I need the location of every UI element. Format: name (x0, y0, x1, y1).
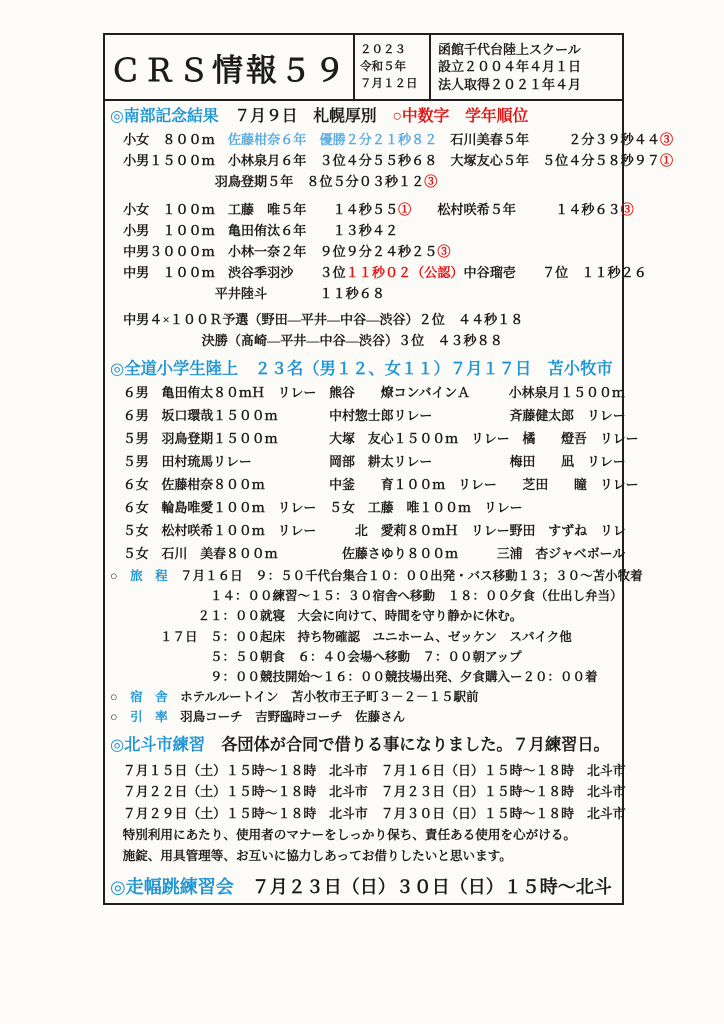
organization-cell: 函館千代台陸上スクール 設立２００４年４月１日 法人取得２０２１年４月 (431, 35, 622, 99)
text-segment: ○中数字 学年順位 (392, 108, 528, 125)
text-segment: 小男 １００ｍ 亀田侑汰６年 １３秒４２ (110, 223, 398, 238)
text-segment: ９：００競技開始～１６：００競技場出発、夕食購入ー２０：００着 (110, 670, 598, 684)
text-segment: 各団体が合同で借りる事になりました。７月練習日。 (205, 736, 610, 754)
text-line: ６女 佐藤柑奈８００ｍ 中釜 育１００ｍ リレー 芝田 瞳 リレー (110, 474, 619, 497)
text-line: ７月１５日（土）１５時～１８時 北斗市 ７月１６日（日）１５時～１８時 北斗市 (110, 761, 619, 783)
text-segment: ７月２２日（土）１５時～１８時 北斗市 ７月２３日（日）１５時～１８時 北斗市 (110, 785, 626, 799)
text-line: ５女 石川 美春８００ｍ 佐藤さゆり８００ｍ 三浦 杏ジャベボール (110, 543, 619, 566)
text-segment: ◎北斗市練習 (110, 736, 205, 754)
text-line: 中男 １００ｍ 渋谷季羽沙 ３位１１秒０２（公認）中谷瑠壱 ７位 １１秒２６ (110, 262, 619, 283)
text-line: 小女 １００ｍ 工藤 唯５年 １４秒５５① 松村咲希５年 １４秒６３③ (110, 199, 619, 220)
text-segment: ① (660, 153, 673, 168)
text-line: 中男４×１００Ｒ予選（野田―平井―中谷―渋谷）２位 ４４秒１８ (110, 309, 619, 330)
issue-day: ７月１２日 (360, 76, 429, 93)
text-segment: 小女 ８００ｍ (110, 132, 228, 147)
text-segment: ③ (660, 132, 673, 147)
text-segment: ７月１５日（土）１５時～１８時 北斗市 ７月１６日（日）１５時～１８時 北斗市 (110, 764, 626, 778)
text-segment: ２１：００就寝 大会に向けて、時間を守り静かに休む。 (110, 609, 522, 623)
section-itinerary: ○ 旅 程 ７月１６日 ９：５０千代台集合１０：００出発・バス移動１３；３０～苫… (110, 566, 619, 728)
text-segment: 羽鳥登期５年 ８位５分０３秒１２ (110, 174, 424, 189)
text-line: 小女 ８００ｍ 佐藤柑奈６年 優勝２分２１秒８２ 石川美春５年 ２分３９秒４４③ (110, 129, 619, 150)
text-segment: 決勝（髙崎―平井―中谷―渋谷）３位 ４３秒８８ (110, 333, 503, 348)
text-segment: ７月２３日（日）３０日（日）１５時～北斗 (234, 877, 612, 897)
text-line: １４：００練習～１５：３０宿舎へ移動 １８：００夕食（仕出し弁当） (110, 586, 619, 606)
org-founded: 設立２００４年４月１日 (438, 58, 622, 76)
text-line: 中男３０００ｍ 小林一奈２年 ９位９分２４秒２５③ (110, 241, 619, 262)
text-segment: ③ (437, 244, 450, 259)
section-nanbu-results: ◎南部記念結果 ７月９日 札幌厚別 ○中数字 学年順位 小女 ８００ｍ 佐藤柑奈… (110, 105, 619, 351)
text-segment: ５男 田村琉馬リレー 岡部 耕太リレー 梅田 凪 リレー (110, 455, 626, 469)
text-line: ○ 旅 程 ７月１６日 ９：５０千代台集合１０：００出発・バス移動１３；３０～苫… (110, 566, 619, 586)
text-segment: ○ (110, 569, 130, 583)
issue-year: ２０２３ (360, 42, 429, 59)
text-segment: 平井陸斗 １１秒６８ (110, 286, 385, 301)
text-segment: 特別利用にあたり、使用者のマナーをしっかり保ち、責任ある使用を心がける。 (110, 828, 576, 842)
text-line: 平井陸斗 １１秒６８ (110, 283, 619, 304)
text-line: ◎走幅跳練習会 ７月２３日（日）３０日（日）１５時～北斗 (110, 874, 619, 901)
text-line: ６女 輪島唯愛１００ｍ リレー ５女 工藤 唯１００ｍ リレー (110, 497, 619, 520)
text-segment: ◎南部記念結果 (110, 108, 219, 125)
text-line: 決勝（髙崎―平井―中谷―渋谷）３位 ４３秒８８ (110, 330, 619, 351)
text-segment: 中男３０００ｍ 小林一奈２年 ９位９分２４秒２５ (110, 244, 437, 259)
text-segment: ７月２９日（土）１５時～１８時 北斗市 ７月３０日（日）１５時～１８時 北斗市 (110, 807, 626, 821)
text-line: ６男 坂口環哉１５００ｍ 中村惣士郎リレー 斉藤健太郎 リレー (110, 405, 619, 428)
text-line: ○ 引 率 羽鳥コーチ 吉野臨時コーチ 佐藤さん (110, 707, 619, 727)
text-line: ５：５０朝食 ６：４０会場へ移動 ７：００朝アップ (110, 647, 619, 667)
text-segment: １７日 ５：００起床 持ち物確認 ユニホーム、ゼッケン スパイク他 (110, 630, 572, 644)
text-segment: ６女 輪島唯愛１００ｍ リレー ５女 工藤 唯１００ｍ リレー (110, 501, 523, 515)
text-line: 特別利用にあたり、使用者のマナーをしっかり保ち、責任ある使用を心がける。 (110, 825, 619, 846)
text-line: ７月２２日（土）１５時～１８時 北斗市 ７月２３日（日）１５時～１８時 北斗市 (110, 782, 619, 804)
text-segment: ③ (621, 202, 634, 217)
org-incorporated: 法人取得２０２１年４月 (438, 76, 622, 94)
text-segment: ③ (424, 174, 437, 189)
text-segment: ７月９日 札幌厚別 (219, 108, 393, 125)
text-line: ２１：００就寝 大会に向けて、時間を守り静かに休む。 (110, 606, 619, 626)
text-segment: 引 率 (130, 710, 168, 724)
text-segment: ◎走幅跳練習会 (110, 877, 234, 897)
text-line: ５男 田村琉馬リレー 岡部 耕太リレー 梅田 凪 リレー (110, 451, 619, 474)
text-line: ９：００競技開始～１６：００競技場出発、夕食購入ー２０：００着 (110, 667, 619, 687)
section-hokuto-practice: ◎北斗市練習 各団体が合同で借りる事になりました。７月練習日。 ７月１５日（土）… (110, 730, 619, 868)
scanned-newsletter-page: ＣＲＳ情報５９ ２０２３ 令和５年 ７月１２日 函館千代台陸上スクール 設立２０… (0, 0, 724, 1024)
text-segment: １４：００練習～１５：３０宿舎へ移動 １８：００夕食（仕出し弁当） (110, 589, 623, 603)
text-line: ７月２９日（土）１５時～１８時 北斗市 ７月３０日（日）１５時～１８時 北斗市 (110, 804, 619, 826)
text-line: 小男１５００ｍ 小林泉月６年 ３位４分５５秒６８ 大塚友心５年 ５位４分５８秒９… (110, 150, 619, 171)
text-segment: ７月１６日 ９：５０千代台集合１０：００出発・バス移動１３；３０～苫小牧着 (168, 569, 643, 583)
text-line: 施錠、用具管理等、お互いに協力しあってお借りしたいと思います。 (110, 846, 619, 867)
text-segment: 旅 程 (130, 569, 168, 583)
text-segment: ○ (110, 710, 130, 724)
text-line: ５男 羽鳥登期１５００ｍ 大塚 友心１５００ｍ リレー 橘 燈吾 リレー (110, 428, 619, 451)
text-segment: ６女 佐藤柑奈８００ｍ 中釜 育１００ｍ リレー 芝田 瞳 リレー (110, 478, 639, 492)
text-segment: ５女 石川 美春８００ｍ 佐藤さゆり８００ｍ 三浦 杏ジャベボール (110, 547, 625, 561)
text-line: ６男 亀田侑太８０ｍＨ リレー 熊谷 燎コンバインＡ 小林泉月１５００ｍ (110, 382, 619, 405)
text-segment: ① (398, 202, 411, 217)
text-segment: 中谷瑠壱 ７位 １１秒２６ (464, 265, 647, 280)
text-segment: ６男 坂口環哉１５００ｍ 中村惣士郎リレー 斉藤健太郎 リレー (110, 409, 626, 423)
text-segment: ５女 松村咲希１００ｍ リレー 北 愛莉８０ｍＨ リレー野田 すずね リレ (110, 524, 626, 538)
text-segment: ６男 亀田侑太８０ｍＨ リレー 熊谷 燎コンバインＡ 小林泉月１５００ｍ (110, 386, 625, 400)
newsletter-title: ＣＲＳ情報５９ (105, 35, 353, 99)
text-segment: ○ (110, 690, 130, 704)
text-segment: 施錠、用具管理等、お互いに協力しあってお借りしたいと思います。 (110, 849, 512, 863)
text-segment: １１秒０２（公認） (346, 265, 464, 280)
issue-era-year: 令和５年 (360, 59, 429, 76)
text-segment: ホテルルートイン 苫小牧市王子町３－２－１５駅前 (168, 690, 479, 704)
text-line: 小男 １００ｍ 亀田侑汰６年 １３秒４２ (110, 220, 619, 241)
text-segment: 宿 舎 (130, 690, 168, 704)
document-frame: ＣＲＳ情報５９ ２０２３ 令和５年 ７月１２日 函館千代台陸上スクール 設立２０… (103, 33, 624, 905)
org-name: 函館千代台陸上スクール (438, 41, 622, 59)
text-segment: 佐藤柑奈６年 優勝２分２１秒８２ (228, 132, 438, 147)
text-segment: 松村咲希５年 １４秒６３ (411, 202, 621, 217)
text-segment: 羽鳥コーチ 吉野臨時コーチ 佐藤さん (168, 710, 406, 724)
text-line: １７日 ５：００起床 持ち物確認 ユニホーム、ゼッケン スパイク他 (110, 627, 619, 647)
text-segment: 小女 １００ｍ 工藤 唯５年 １４秒５５ (110, 202, 398, 217)
text-segment: 石川美春５年 ２分３９秒４４ (437, 132, 660, 147)
text-line: 羽鳥登期５年 ８位５分０３秒１２③ (110, 171, 619, 192)
section-zendo-meet: ◎全道小学生陸上 ２３名（男１２、女１１）７月１７日 苫小牧市 ６男 亀田侑太８… (110, 355, 619, 566)
text-line: ◎北斗市練習 各団体が合同で借りる事になりました。７月練習日。 (110, 730, 619, 761)
text-segment: ５男 羽鳥登期１５００ｍ 大塚 友心１５００ｍ リレー 橘 燈吾 リレー (110, 432, 639, 446)
document-body: ◎南部記念結果 ７月９日 札幌厚別 ○中数字 学年順位 小女 ８００ｍ 佐藤柑奈… (105, 101, 622, 901)
text-segment: ５：５０朝食 ６：４０会場へ移動 ７：００朝アップ (110, 650, 522, 664)
text-segment: 小男１５００ｍ 小林泉月６年 ３位４分５５秒６８ 大塚友心５年 ５位４分５８秒９… (110, 153, 660, 168)
text-line: ◎南部記念結果 ７月９日 札幌厚別 ○中数字 学年順位 (110, 105, 619, 129)
issue-date-cell: ２０２３ 令和５年 ７月１２日 (353, 35, 431, 99)
text-segment: 中男 １００ｍ 渋谷季羽沙 ３位 (110, 265, 346, 280)
text-line: ○ 宿 舎 ホテルルートイン 苫小牧市王子町３－２－１５駅前 (110, 687, 619, 707)
text-segment: 中男４×１００Ｒ予選（野田―平井―中谷―渋谷）２位 ４４秒１８ (110, 312, 523, 327)
text-segment: ◎全道小学生陸上 ２３名（男１２、女１１）７月１７日 苫小牧市 (110, 359, 613, 378)
title-box: ＣＲＳ情報５９ ２０２３ 令和５年 ７月１２日 函館千代台陸上スクール 設立２０… (105, 35, 622, 101)
section-long-jump-practice: ◎走幅跳練習会 ７月２３日（日）３０日（日）１５時～北斗 (110, 874, 619, 901)
text-line: ◎全道小学生陸上 ２３名（男１２、女１１）７月１７日 苫小牧市 (110, 355, 619, 382)
text-line: ５女 松村咲希１００ｍ リレー 北 愛莉８０ｍＨ リレー野田 すずね リレ (110, 520, 619, 543)
